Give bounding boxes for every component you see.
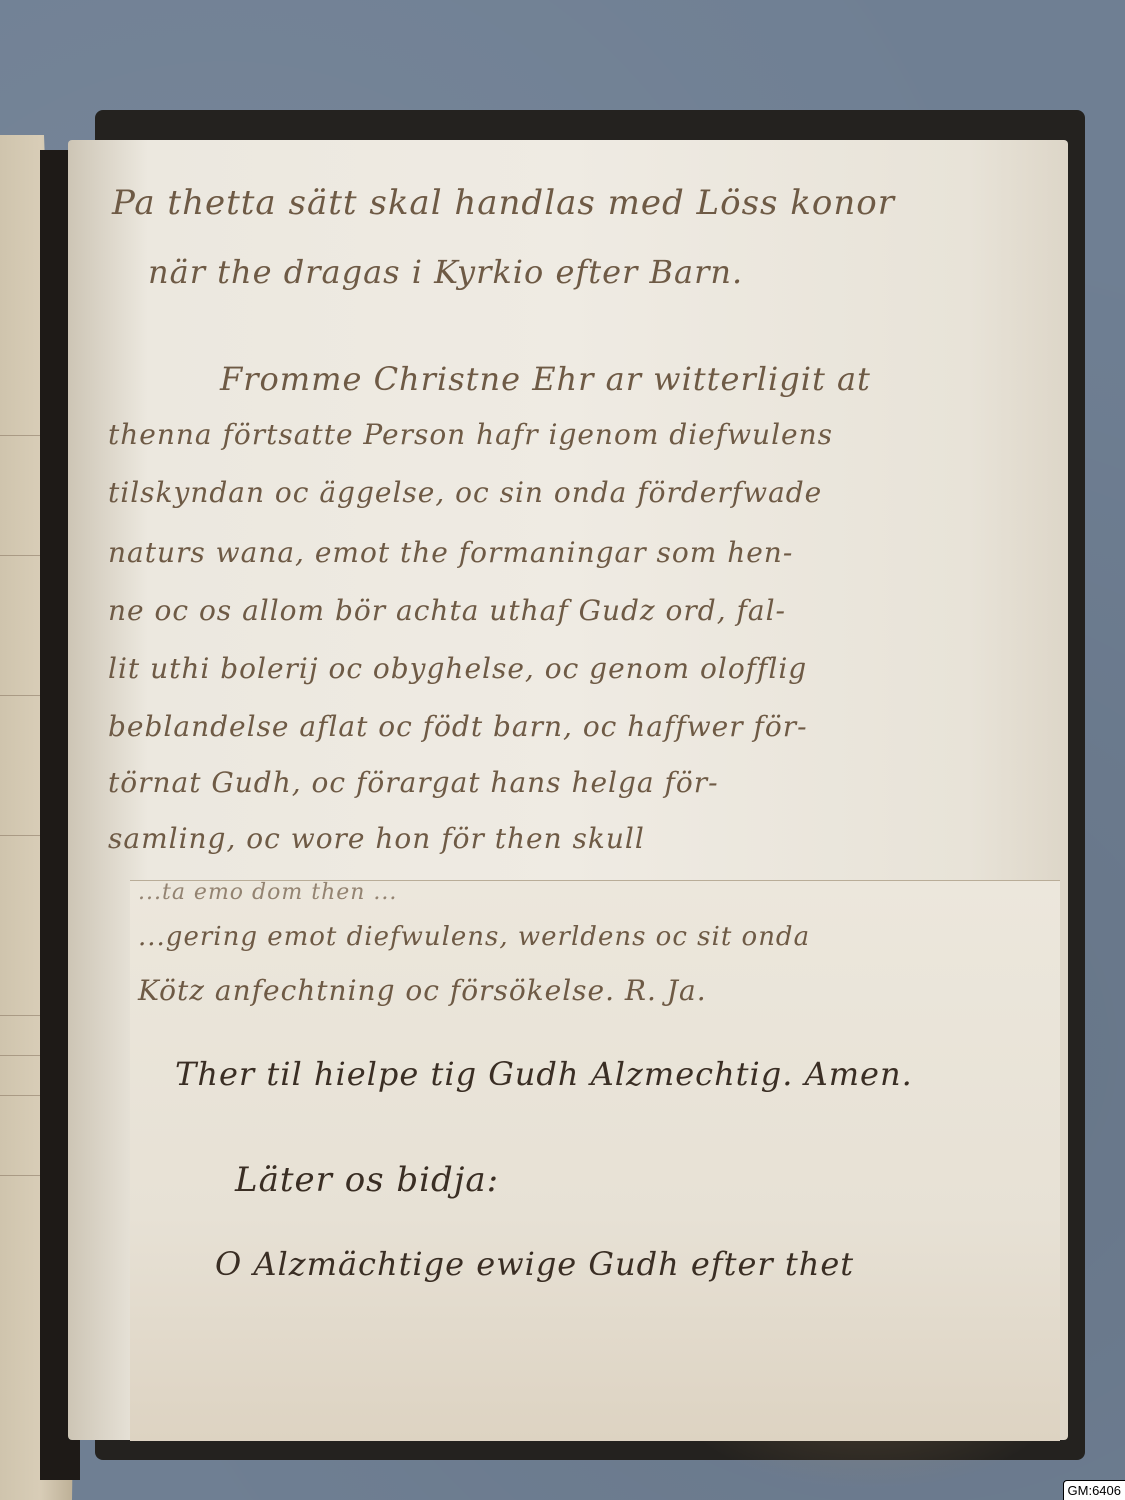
text-line: törnat Gudh, oc förargat hans helga för- bbox=[108, 766, 719, 799]
text-line: samling, oc wore hon för then skull bbox=[108, 822, 645, 855]
text-line: Pa thetta sätt skal handlas med Löss kon… bbox=[112, 183, 895, 223]
text-line: Fromme Christne Ehr ar witterligit at bbox=[220, 360, 871, 398]
text-line: ...gering emot diefwulens, werldens oc s… bbox=[138, 922, 810, 952]
text-line: lit uthi bolerij oc obyghelse, oc genom … bbox=[108, 652, 807, 685]
text-line: Läter os bidja: bbox=[235, 1160, 499, 1200]
text-line: ne oc os allom bör achta uthaf Gudz ord,… bbox=[108, 594, 786, 627]
text-line: tilskyndan oc äggelse, oc sin onda förde… bbox=[108, 476, 822, 509]
text-line: thenna förtsatte Person hafr igenom dief… bbox=[108, 418, 833, 451]
text-line: Kötz anfechtning oc försökelse. R. Ja. bbox=[138, 974, 707, 1007]
text-line: Ther til hielpe tig Gudh Alzmechtig. Ame… bbox=[175, 1055, 913, 1093]
text-line: beblandelse aflat oc födt barn, oc haffw… bbox=[108, 710, 808, 743]
handwritten-text: Pa thetta sätt skal handlas med Löss kon… bbox=[0, 0, 1125, 1500]
text-line: O Alzmächtige ewige Gudh efter thet bbox=[215, 1245, 854, 1283]
text-line: när the dragas i Kyrkio efter Barn. bbox=[148, 253, 743, 291]
text-line: ...ta emo dom then ... bbox=[138, 880, 397, 905]
text-line: naturs wana, emot the formaningar som he… bbox=[108, 536, 793, 569]
catalog-number-label: GM:6406 bbox=[1063, 1480, 1125, 1500]
